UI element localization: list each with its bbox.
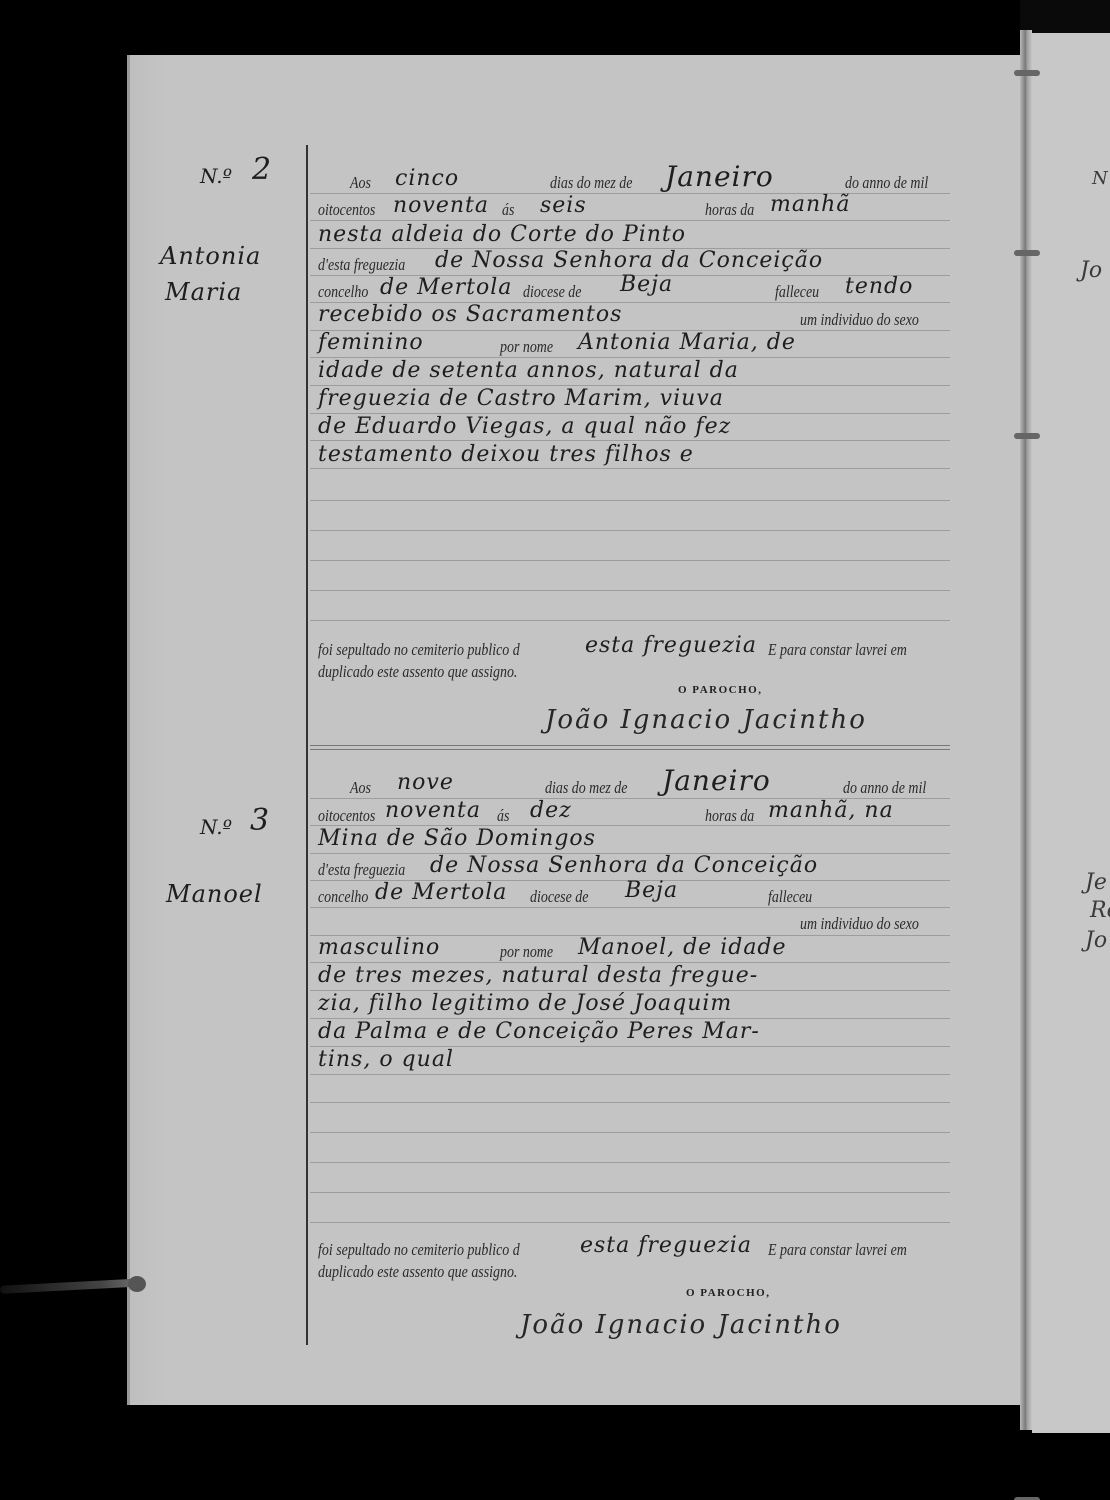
facing-page-text: Ro (1090, 898, 1110, 923)
ruled-line (310, 440, 950, 441)
handwritten-text: tendo (845, 274, 913, 299)
handwritten-hour: seis (540, 193, 587, 218)
signature-title: O PAROCHO, (686, 1287, 770, 1299)
handwritten-period: manhã (770, 192, 850, 217)
ruled-line (310, 1132, 950, 1133)
handwritten-text: de Eduardo Viegas, a qual não fez (318, 414, 731, 439)
handwritten-text: de tres mezes, natural desta fregue- (318, 963, 758, 988)
handwritten-council: de Mertola (380, 275, 512, 300)
handwritten-name: Antonia Maria, de (578, 330, 796, 355)
form-text: E para constar lavrei em (768, 1240, 907, 1260)
form-text: um individuo do sexo (800, 310, 919, 330)
margin-name: Manoel (166, 880, 263, 908)
handwritten-diocese: Beja (625, 878, 678, 903)
ruled-line (310, 907, 950, 908)
margin-column-rule (306, 145, 308, 1345)
facing-page-text: Jo (1085, 928, 1107, 953)
handwritten-burial-place: esta freguezia (585, 633, 757, 658)
form-text: dias do mez de (550, 173, 632, 193)
handwritten-sex: feminino (318, 330, 424, 355)
ruled-line (310, 220, 950, 221)
handwritten-parish: de Nossa Senhora da Conceição (430, 853, 818, 878)
handwritten-text: recebido os Sacramentos (318, 302, 622, 327)
handwritten-text: testamento deixou tres filhos e (318, 442, 694, 467)
handwritten-month: Janeiro (665, 160, 774, 193)
form-text: por nome (500, 337, 553, 357)
form-text: diocese de (530, 887, 588, 907)
ruled-line (310, 1192, 950, 1193)
form-text: oitocentos (318, 200, 375, 220)
facing-page-text: Jo (1080, 258, 1102, 283)
form-text: concelho (318, 282, 368, 302)
form-text: falleceu (775, 282, 819, 302)
ruled-line (310, 1222, 950, 1223)
handwritten-burial-place: esta freguezia (580, 1233, 752, 1258)
signature-title: O PAROCHO, (678, 684, 762, 696)
handwritten-day: cinco (395, 166, 459, 191)
form-text: oitocentos (318, 806, 375, 826)
form-text: diocese de (523, 282, 581, 302)
binding-gutter (1020, 30, 1032, 1430)
margin-name: Maria (165, 278, 242, 306)
form-text: d'esta freguezia (318, 255, 405, 275)
scan-background-top (1020, 0, 1110, 33)
handwritten-hour: dez (530, 798, 572, 823)
priest-signature: João Ignacio Jacintho (520, 1310, 842, 1340)
entry-number-label: N.º (200, 815, 232, 839)
form-text: concelho (318, 887, 368, 907)
form-text: foi sepultado no cemiterio publico d (318, 1240, 520, 1260)
handwritten-text: freguezia de Castro Marim, viuva (318, 386, 724, 411)
handwritten-text: zia, filho legitimo de José Joaquim (318, 991, 732, 1016)
form-text: ás (497, 806, 509, 826)
handwritten-sex: masculino (318, 935, 440, 960)
binding-knot (128, 1276, 146, 1292)
form-text: d'esta freguezia (318, 860, 405, 880)
handwritten-year: noventa (385, 798, 481, 823)
ruled-line (310, 590, 950, 591)
handwritten-month: Janeiro (662, 764, 771, 797)
handwritten-text: idade de setenta annos, natural da (318, 358, 739, 383)
binding-string (0, 1278, 145, 1294)
form-text: falleceu (768, 887, 812, 907)
entry-number: 2 (252, 152, 271, 187)
ruled-line (310, 500, 950, 501)
form-text: E para constar lavrei em (768, 640, 907, 660)
form-text: duplicado este assento que assigno. (318, 1262, 517, 1282)
ruled-line (310, 1102, 950, 1103)
ruled-line (310, 530, 950, 531)
ruled-line (310, 1074, 950, 1075)
margin-name: Antonia (160, 242, 261, 270)
ruled-line (310, 560, 950, 561)
handwritten-text: da Palma e de Conceição Peres Mar- (318, 1019, 760, 1044)
handwritten-place: Mina de São Domingos (318, 826, 596, 851)
form-text: horas da (705, 806, 754, 826)
ruled-line (310, 620, 950, 621)
form-text: ás (502, 200, 514, 220)
facing-page-text: Je (1085, 870, 1107, 895)
handwritten-diocese: Beja (620, 272, 673, 297)
ruled-line (310, 1162, 950, 1163)
form-text: do anno de mil (843, 778, 926, 798)
facing-page (1032, 33, 1110, 1433)
form-text: horas da (705, 200, 754, 220)
form-text: por nome (500, 942, 553, 962)
handwritten-day: nove (397, 770, 454, 795)
facing-page-text: N (1092, 168, 1108, 189)
handwritten-year: noventa (393, 193, 489, 218)
form-text: foi sepultado no cemiterio publico d (318, 640, 520, 660)
entry-separator (310, 745, 950, 746)
form-text: do anno de mil (845, 173, 928, 193)
binding-stitch (1014, 70, 1040, 76)
form-text: Aos (350, 173, 371, 193)
entry-number: 3 (250, 803, 269, 838)
entry-separator (310, 749, 950, 750)
form-text: Aos (350, 778, 371, 798)
entry-number-label: N.º (200, 164, 232, 188)
form-text: duplicado este assento que assigno. (318, 662, 517, 682)
handwritten-period: manhã, na (768, 798, 894, 823)
binding-stitch (1014, 250, 1040, 256)
form-text: um individuo do sexo (800, 914, 919, 934)
handwritten-name: Manoel, de idade (578, 935, 787, 960)
page-edge (127, 55, 130, 1405)
handwritten-council: de Mertola (375, 880, 507, 905)
ruled-line (310, 468, 950, 469)
handwritten-place: nesta aldeia do Corte do Pinto (318, 222, 686, 247)
priest-signature: João Ignacio Jacintho (545, 705, 867, 735)
form-text: dias do mez de (545, 778, 627, 798)
binding-stitch (1014, 433, 1040, 439)
handwritten-parish: de Nossa Senhora da Conceição (435, 248, 823, 273)
handwritten-text: tins, o qual (318, 1047, 454, 1072)
